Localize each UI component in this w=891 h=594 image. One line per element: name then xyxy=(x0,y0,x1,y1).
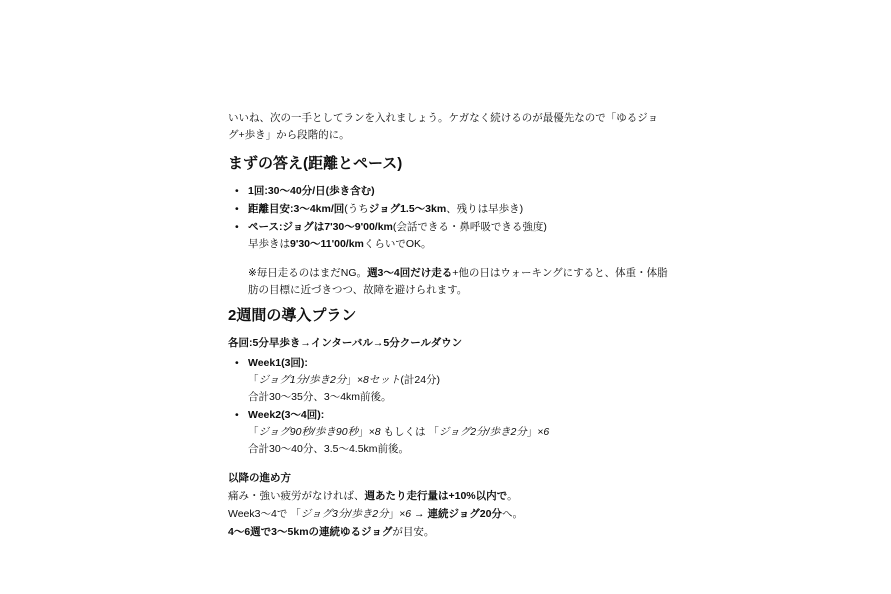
text-run: 」 xyxy=(346,374,357,386)
text-run: ×8セット xyxy=(357,374,400,386)
text-run: 4〜6週で3〜5kmの連続ゆるジョグ xyxy=(228,526,392,538)
text-run: 連続ジョグ20分 xyxy=(427,508,501,520)
chat-message-content: いいね、次の一手としてランを入れましょう。ケガなく続けるのが最優先なので「ゆるジ… xyxy=(228,110,668,542)
text-run: (会話できる・鼻呼吸できる強度) xyxy=(393,221,547,233)
text-run: が目安。 xyxy=(392,526,434,538)
text-run: ジョグ90秒/歩き90秒 xyxy=(259,426,359,438)
text-run: 合計30〜35分、3〜4km前後。 xyxy=(248,391,392,403)
text-run: 早歩きは xyxy=(248,238,290,250)
list-item-week2: Week2(3〜4回): 「ジョグ90秒/歩き90秒」×8 もしくは 「ジョグ2… xyxy=(248,407,668,458)
text-run: Week3〜4で 「 xyxy=(228,508,301,520)
progression-week34-paragraph: Week3〜4で 「ジョグ3分/歩き2分」×6 → 連続ジョグ20分へ。 xyxy=(228,506,668,523)
section-heading-two-week-plan: 2週間の導入プラン xyxy=(228,305,668,326)
list-item-distance: 距離目安:3〜4km/回(うちジョグ1.5〜3km、残りは早歩き) xyxy=(248,201,668,218)
text-run: いいね、次の一手としてランを入れましょう。ケガなく続けるのが最優先なので「ゆるジ… xyxy=(228,112,658,141)
text-run: 週3〜4回だけ走る xyxy=(367,267,452,279)
text-run: もしくは 「 xyxy=(381,426,439,438)
week1-title-line: Week1(3回): xyxy=(248,355,668,372)
text-run: ジョグ2分/歩き2分 xyxy=(439,426,527,438)
text-run: 」 xyxy=(358,426,369,438)
text-run: 合計30〜40分、3.5〜4.5km前後。 xyxy=(248,443,409,455)
text-run: 」 xyxy=(527,426,538,438)
text-run: → xyxy=(411,508,427,520)
text-run: ×6 xyxy=(537,426,549,438)
text-run: ※毎日走るのはまだNG。 xyxy=(248,267,367,279)
text-run: ジョグ1分/歩き2分 xyxy=(259,374,347,386)
text-run: 。 xyxy=(507,490,518,502)
list-item-duration: 1回:30〜40分/日(歩き含む) xyxy=(248,183,668,200)
text-run: 各回:5分早歩き→インターバル→5分クールダウン xyxy=(228,337,462,349)
progression-heading: 以降の進め方 xyxy=(228,470,668,487)
note-paragraph: ※毎日走るのはまだNG。週3〜4回だけ走る+他の日はウォーキングにすると、体重・… xyxy=(248,265,668,299)
text-run: ×6 xyxy=(399,508,411,520)
text-run: ジョグ1.5〜3km xyxy=(369,203,446,215)
text-run: ペース:ジョグは7'30〜9'00/km xyxy=(248,221,393,233)
pace-distance-list: 1回:30〜40分/日(歩き含む) 距離目安:3〜4km/回(うちジョグ1.5〜… xyxy=(228,183,668,253)
pace-line-2: 早歩きは9'30〜11'00/kmくらいでOK。 xyxy=(248,236,668,253)
text-run: くらいでOK。 xyxy=(364,238,432,250)
progression-goal-paragraph: 4〜6週で3〜5kmの連続ゆるジョグが目安。 xyxy=(228,524,668,541)
text-run: 1回:30〜40分/日(歩き含む) xyxy=(248,185,375,197)
intro-paragraph: いいね、次の一手としてランを入れましょう。ケガなく続けるのが最優先なので「ゆるジ… xyxy=(228,110,668,144)
text-run: ×8 xyxy=(369,426,381,438)
week1-detail-line: 「ジョグ1分/歩き2分」×8セット(計24分) xyxy=(248,372,668,389)
text-run: (うち xyxy=(344,203,369,215)
text-run: 「 xyxy=(248,374,259,386)
text-run: Week2(3〜4回): xyxy=(248,409,324,421)
text-run: 」 xyxy=(389,508,400,520)
text-run: 以降の進め方 xyxy=(228,472,291,484)
text-run: 週あたり走行量は+10%以内で xyxy=(365,490,508,502)
text-run: 痛み・強い疲労がなければ、 xyxy=(228,490,365,502)
text-run: ジョグ3分/歩き2分 xyxy=(301,508,389,520)
weekly-plan-list: Week1(3回): 「ジョグ1分/歩き2分」×8セット(計24分) 合計30〜… xyxy=(228,355,668,458)
text-run: へ。 xyxy=(502,508,523,520)
section-heading-first-answer: まずの答え(距離とペース) xyxy=(228,153,668,174)
progression-rule-paragraph: 痛み・強い疲労がなければ、週あたり走行量は+10%以内で。 xyxy=(228,488,668,505)
week2-total-line: 合計30〜40分、3.5〜4.5km前後。 xyxy=(248,441,668,458)
pace-line-1: ペース:ジョグは7'30〜9'00/km(会話できる・鼻呼吸できる強度) xyxy=(248,219,668,236)
text-run: 、残りは早歩き) xyxy=(446,203,523,215)
text-run: Week1(3回): xyxy=(248,357,308,369)
text-run: (計24分) xyxy=(400,374,440,386)
week1-total-line: 合計30〜35分、3〜4km前後。 xyxy=(248,389,668,406)
plan-lead-paragraph: 各回:5分早歩き→インターバル→5分クールダウン xyxy=(228,335,668,352)
text-run: 距離目安:3〜4km/回 xyxy=(248,203,344,215)
text-run: 「 xyxy=(248,426,259,438)
text-run: 9'30〜11'00/km xyxy=(290,238,364,250)
week2-detail-line: 「ジョグ90秒/歩き90秒」×8 もしくは 「ジョグ2分/歩き2分」×6 xyxy=(248,424,668,441)
week2-title-line: Week2(3〜4回): xyxy=(248,407,668,424)
list-item-pace: ペース:ジョグは7'30〜9'00/km(会話できる・鼻呼吸できる強度) 早歩き… xyxy=(248,219,668,253)
list-item-week1: Week1(3回): 「ジョグ1分/歩き2分」×8セット(計24分) 合計30〜… xyxy=(248,355,668,406)
